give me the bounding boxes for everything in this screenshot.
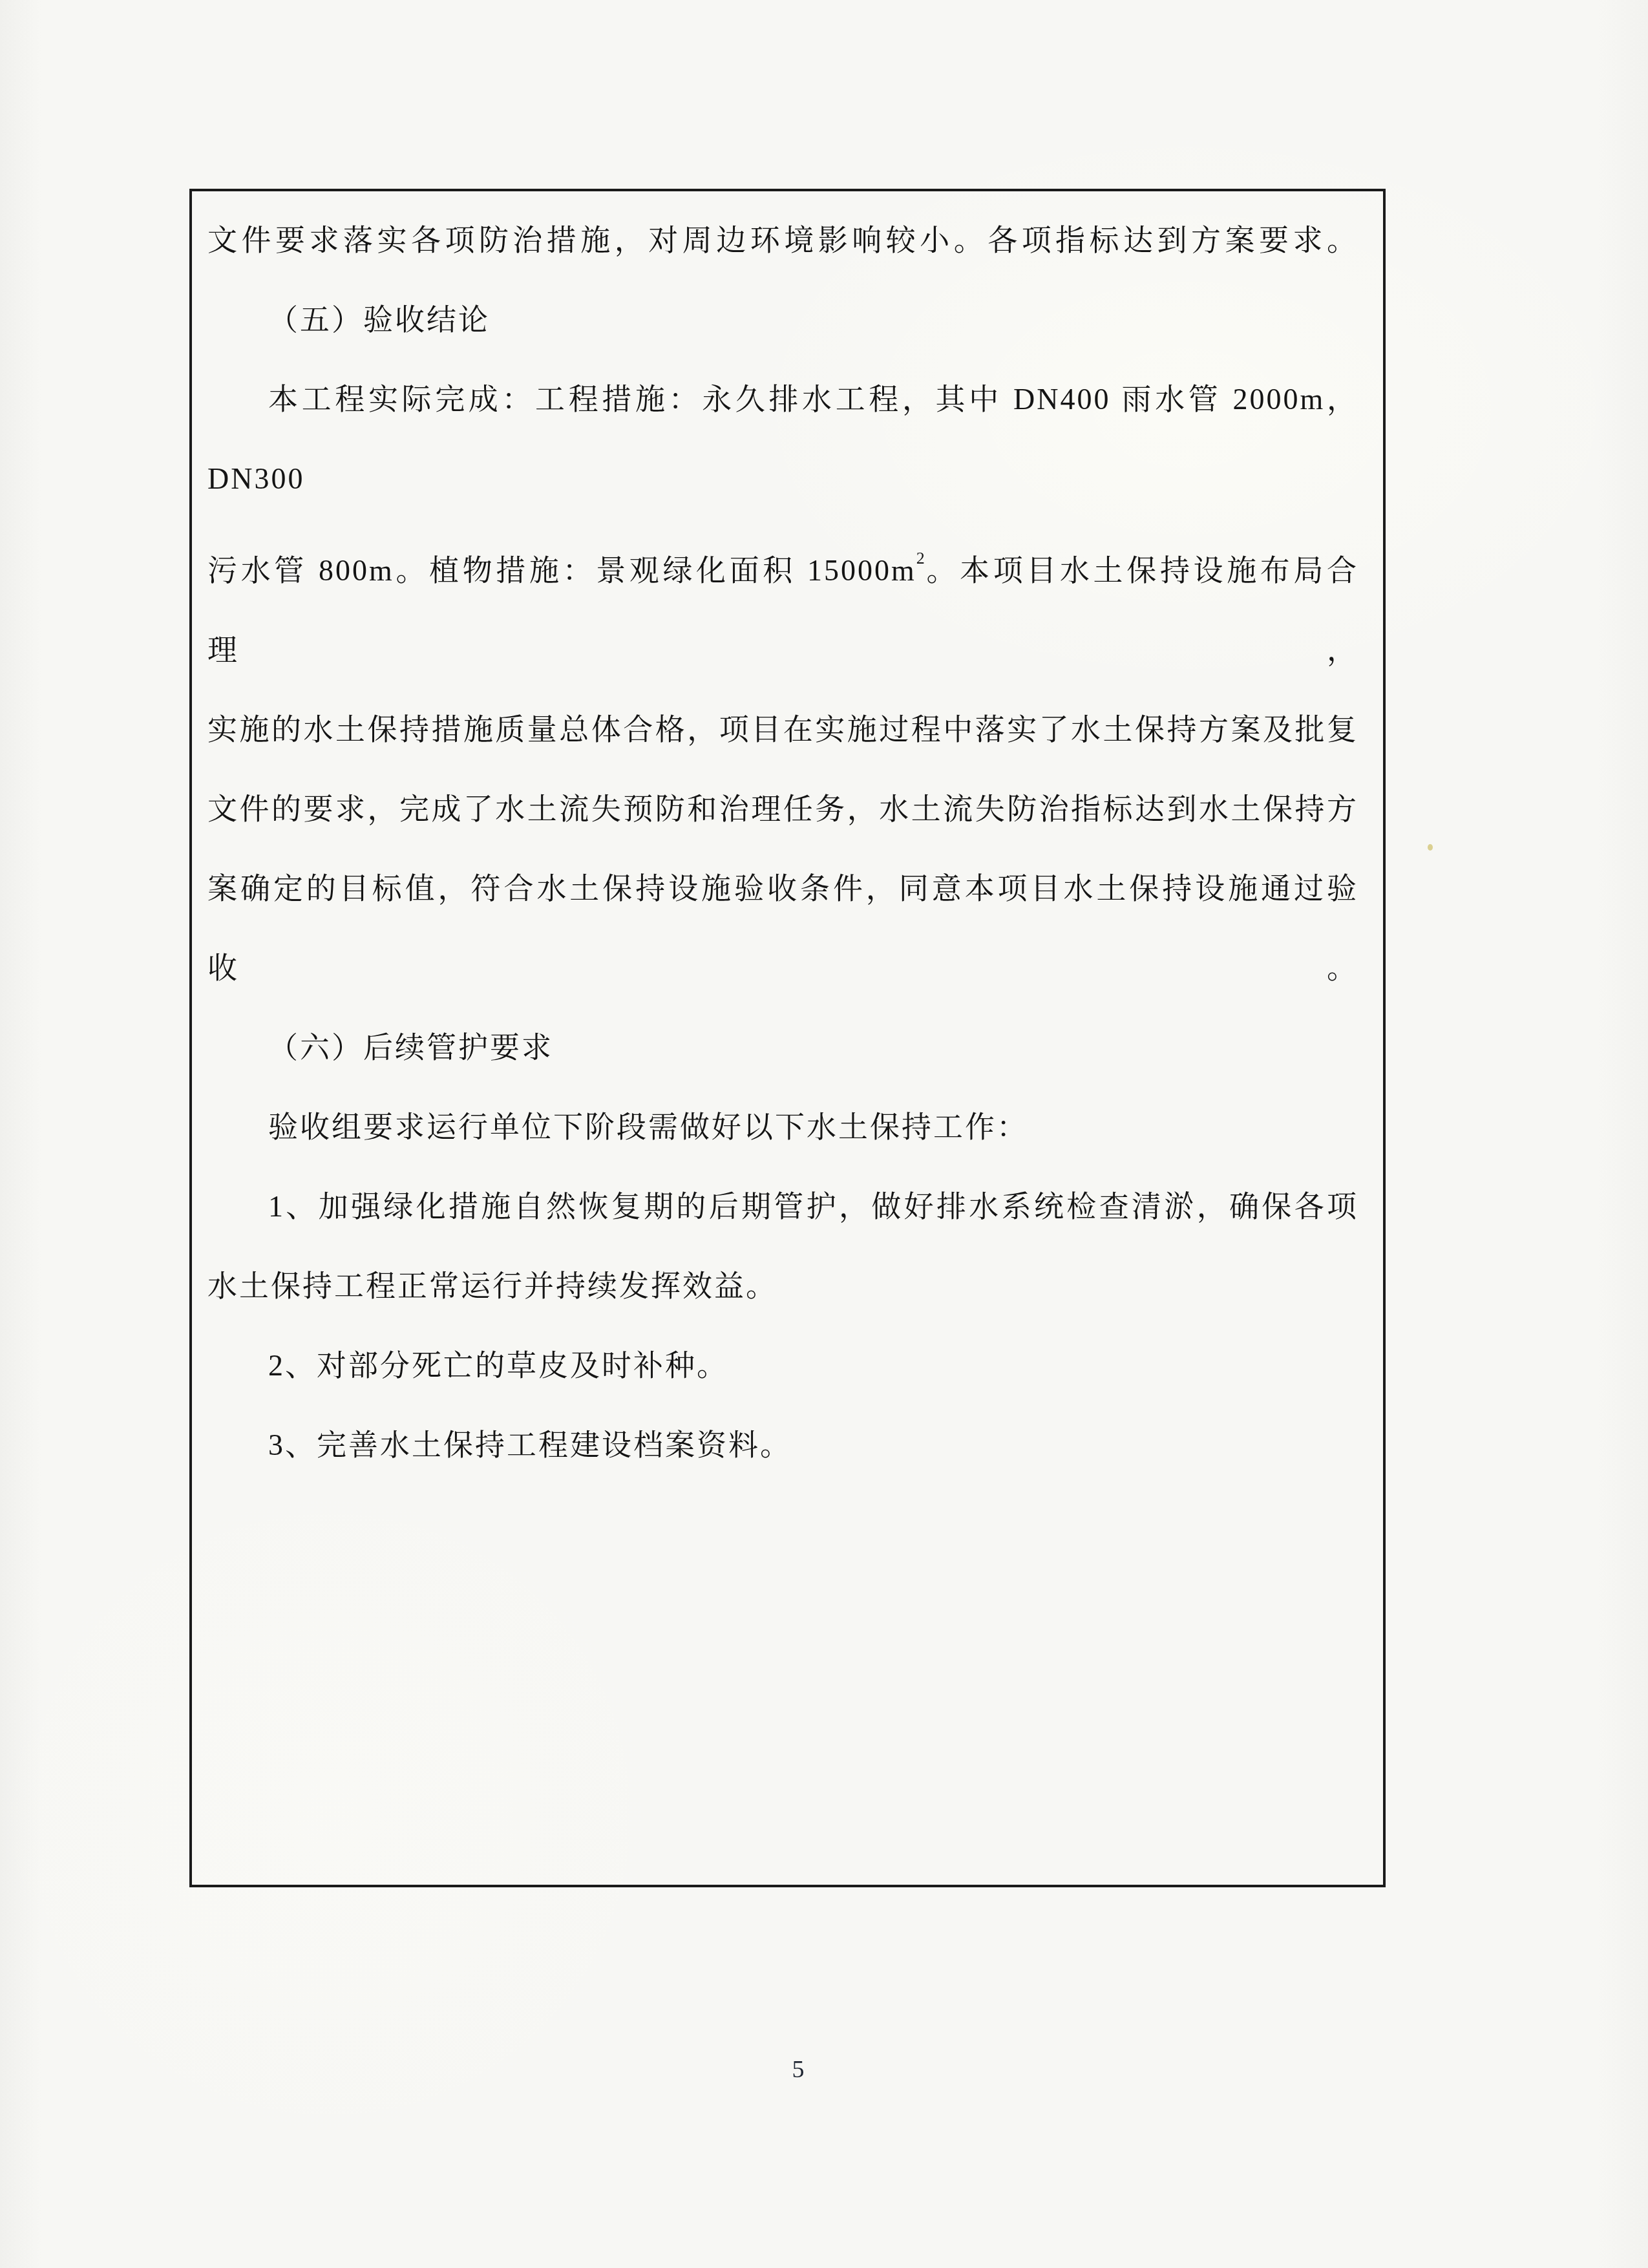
text-line: 污水管 800m。植物措施：景观绿化面积 15000m2。本项目水土保持设施布局… bbox=[207, 518, 1358, 690]
page-number: 5 bbox=[779, 2055, 818, 2084]
text-line: 1、加强绿化措施自然恢复期的后期管护，做好排水系统检查清淤，确保各项 bbox=[207, 1167, 1358, 1246]
text-line: 文件的要求，完成了水土流失预防和治理任务，水土流失防治指标达到水土保持方 bbox=[207, 769, 1358, 849]
section-heading-6: （六）后续管护要求 bbox=[207, 1008, 1358, 1087]
text-line: 案确定的目标值，符合水土保持设施验收条件，同意本项目水土保持设施通过验收。 bbox=[207, 849, 1358, 1008]
section-heading-5: （五）验收结论 bbox=[207, 280, 1358, 359]
text-segment: 污水管 800m。植物措施：景观绿化面积 15000m bbox=[207, 554, 916, 587]
superscript-2: 2 bbox=[916, 549, 925, 567]
text-line: 验收组要求运行单位下阶段需做好以下水土保持工作： bbox=[207, 1087, 1358, 1167]
scan-speck bbox=[1428, 844, 1433, 851]
text-line: 文件要求落实各项防治措施，对周边环境影响较小。各项指标达到方案要求。 bbox=[207, 200, 1358, 280]
text-line: 2、对部分死亡的草皮及时补种。 bbox=[207, 1326, 1358, 1405]
scanned-page: 文件要求落实各项防治措施，对周边环境影响较小。各项指标达到方案要求。 （五）验收… bbox=[0, 0, 1648, 2268]
document-border-box: 文件要求落实各项防治措施，对周边环境影响较小。各项指标达到方案要求。 （五）验收… bbox=[189, 189, 1386, 1887]
text-line: 本工程实际完成：工程措施：永久排水工程，其中 DN400 雨水管 2000m，D… bbox=[207, 359, 1358, 518]
text-line: 水土保持工程正常运行并持续发挥效益。 bbox=[207, 1246, 1358, 1326]
document-content: 文件要求落实各项防治措施，对周边环境影响较小。各项指标达到方案要求。 （五）验收… bbox=[192, 191, 1383, 1485]
text-line: 3、完善水土保持工程建设档案资料。 bbox=[207, 1405, 1358, 1485]
text-line: 实施的水土保持措施质量总体合格，项目在实施过程中落实了水土保持方案及批复 bbox=[207, 690, 1358, 769]
